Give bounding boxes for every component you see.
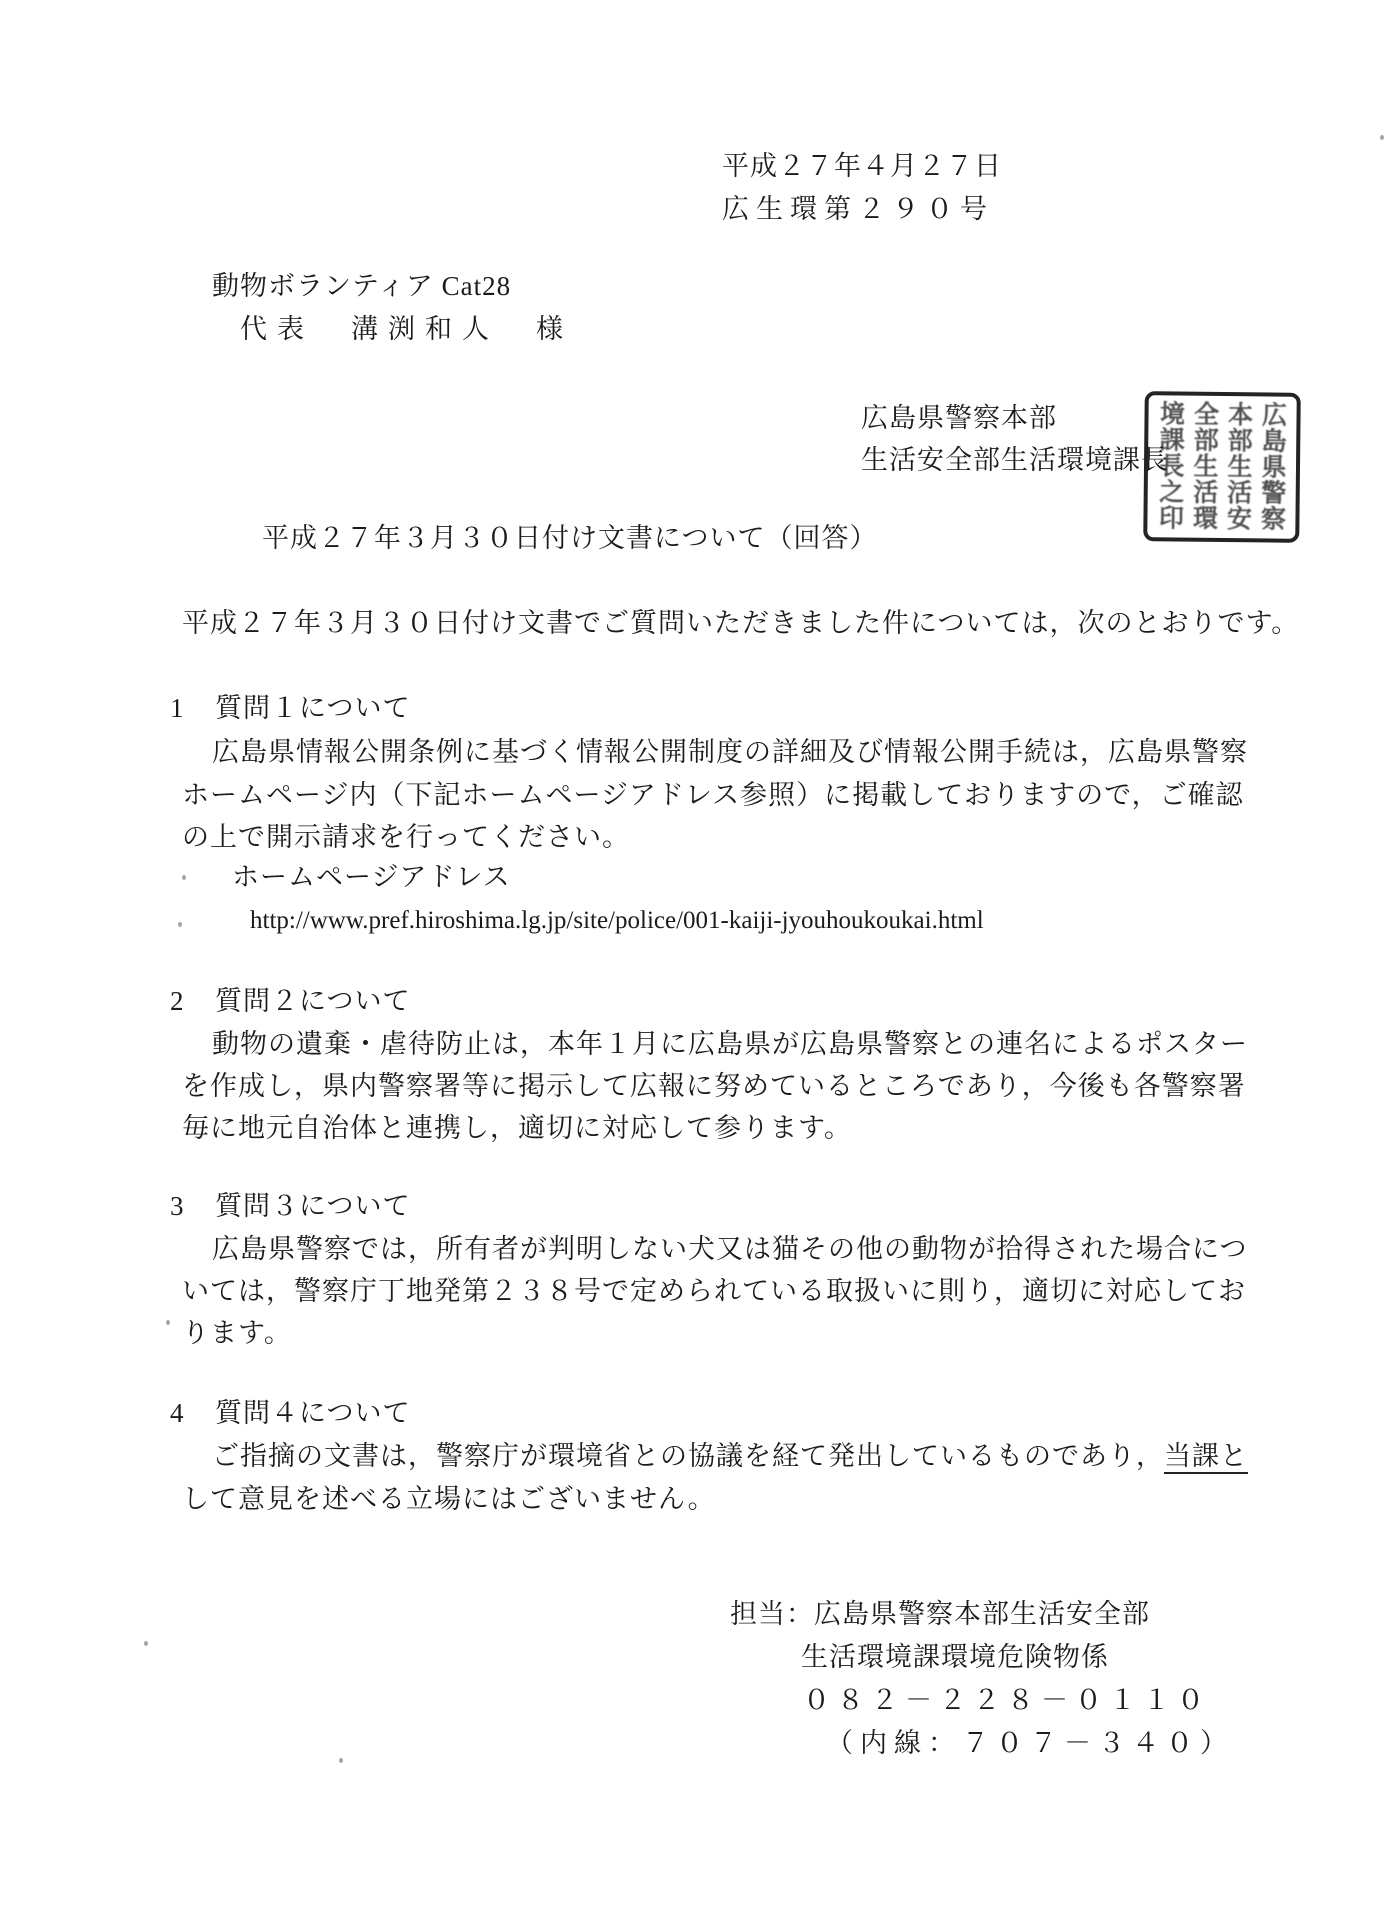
section-2-heading-label: 質問２について — [215, 986, 410, 1016]
section-1-number: 1 — [170, 692, 188, 726]
section-2-number: 2 — [170, 985, 188, 1019]
section-1-line-1: 広島県情報公開条例に基づく情報公開制度の詳細及び情報公開手続は，広島県警察 — [212, 736, 1248, 770]
letter-date: 平成２７年４月２７日 — [722, 150, 1002, 184]
section-4-line-2: して意見を述べる立場にはございません。 — [182, 1483, 716, 1517]
recipient-organization: 動物ボランティア Cat28 — [212, 270, 511, 304]
intro-paragraph: 平成２７年３月３０日付け文書でご質問いただきました件については，次のとおりです。 — [182, 607, 1299, 641]
scan-speck — [1380, 135, 1384, 140]
seal-text: 広島県警察本部生活安全部生活環境課長之印 — [1151, 400, 1288, 535]
section-3-line-3: ります。 — [182, 1317, 292, 1351]
section-1-heading: 1質問１について — [170, 692, 410, 726]
contact-phone: ０８２－２２８－０１１０ — [803, 1684, 1211, 1718]
section-4-line-1-main: ご指摘の文書は，警察庁が環境省との協議を経て発出しているものであり， — [212, 1441, 1164, 1471]
subject-line: 平成２７年３月３０日付け文書について（回答） — [262, 522, 877, 556]
homepage-url: http://www.pref.hiroshima.lg.jp/site/pol… — [250, 905, 984, 936]
sender-organization: 広島県警察本部 — [861, 402, 1057, 436]
scan-speck — [166, 1320, 170, 1325]
contact-extension: （内線：７０７－３４０） — [826, 1727, 1234, 1761]
section-3-line-2: いては，警察庁丁地発第２３８号で定められている取扱いに則り，適切に対応してお — [182, 1275, 1246, 1309]
section-4-underlined-text: 当課と — [1164, 1441, 1248, 1474]
section-1-heading-label: 質問１について — [215, 693, 410, 723]
section-2-heading: 2質問２について — [170, 985, 410, 1019]
contact-department-line-2: 生活環境課環境危険物係 — [801, 1641, 1109, 1675]
scan-speck — [182, 875, 186, 880]
section-1-line-3: の上で開示請求を行ってください。 — [182, 821, 630, 855]
official-seal-stamp: 広島県警察本部生活安全部生活環境課長之印 — [1143, 391, 1301, 543]
sender-title: 生活安全部生活環境課長 — [861, 444, 1169, 478]
section-2-line-2: を作成し，県内警察署等に掲示して広報に努めているところであり，今後も各警察署 — [182, 1070, 1246, 1104]
section-3-number: 3 — [170, 1190, 188, 1224]
section-4-number: 4 — [170, 1397, 188, 1431]
scan-speck — [178, 922, 182, 927]
section-4-heading-label: 質問４について — [215, 1398, 410, 1428]
homepage-address-label: ホームページアドレス — [232, 861, 511, 895]
section-4-line-1: ご指摘の文書は，警察庁が環境省との協議を経て発出しているものであり，当課と — [212, 1440, 1248, 1474]
contact-department-line-1: 担当：広島県警察本部生活安全部 — [730, 1598, 1150, 1632]
section-3-heading-label: 質問３について — [215, 1191, 410, 1221]
section-3-heading: 3質問３について — [170, 1190, 410, 1224]
section-3-line-1: 広島県警察では，所有者が判明しない犬又は猫その他の動物が拾得された場合につ — [212, 1233, 1247, 1267]
scan-speck — [144, 1641, 148, 1646]
section-2-line-3: 毎に地元自治体と連携し，適切に対応して参ります。 — [182, 1112, 852, 1146]
recipient-representative: 代表 溝渕和人 様 — [240, 313, 573, 347]
section-2-line-1: 動物の遺棄・虐待防止は，本年１月に広島県が広島県警察との連名によるポスター — [212, 1028, 1248, 1062]
document-number: 広生環第２９０号 — [722, 193, 994, 227]
scanned-letter-page: 平成２７年４月２７日 広生環第２９０号 動物ボランティア Cat28 代表 溝渕… — [0, 0, 1396, 1920]
section-1-line-2: ホームページ内（下記ホームページアドレス参照）に掲載しておりますので，ご確認 — [182, 779, 1244, 813]
section-4-heading: 4質問４について — [170, 1397, 410, 1431]
scan-speck — [339, 1758, 343, 1763]
